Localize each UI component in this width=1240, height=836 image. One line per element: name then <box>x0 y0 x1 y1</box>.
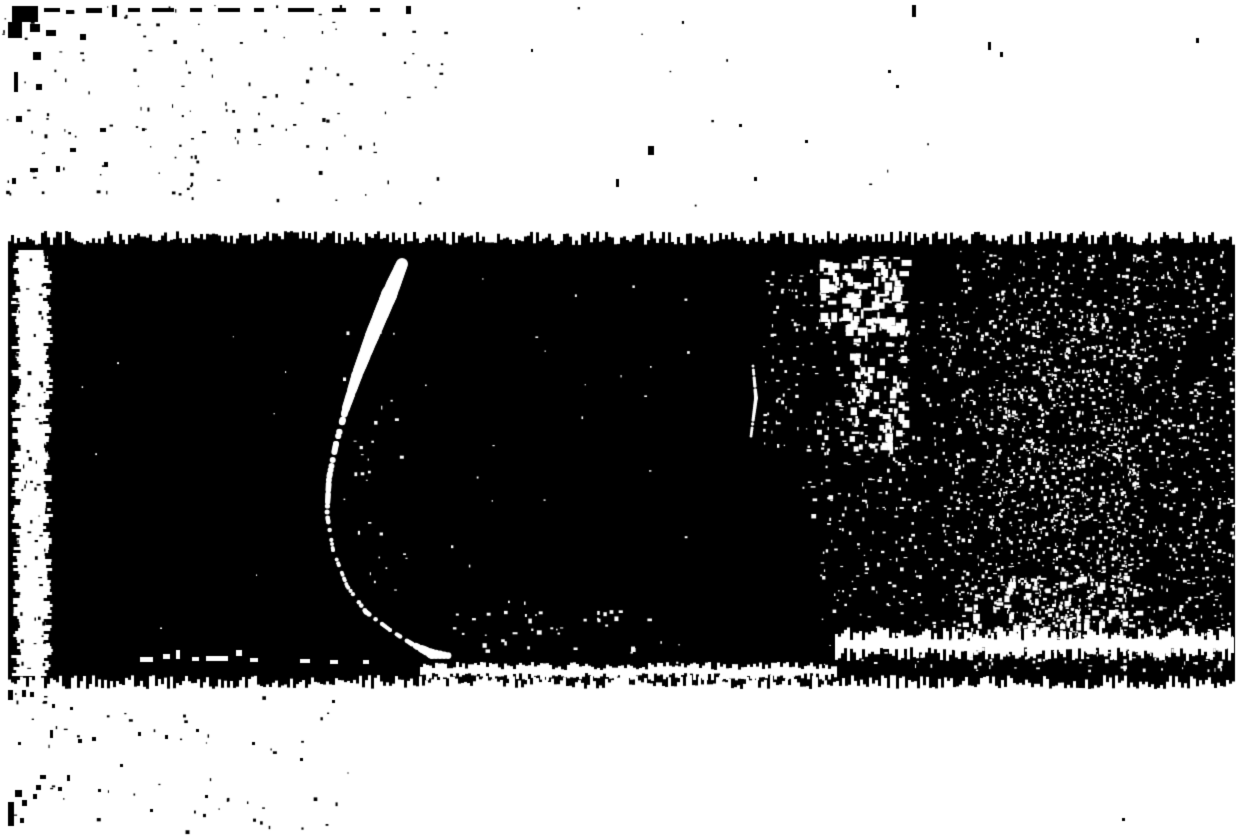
binarized-photo-canvas <box>0 0 1240 836</box>
page-background <box>0 0 1240 836</box>
